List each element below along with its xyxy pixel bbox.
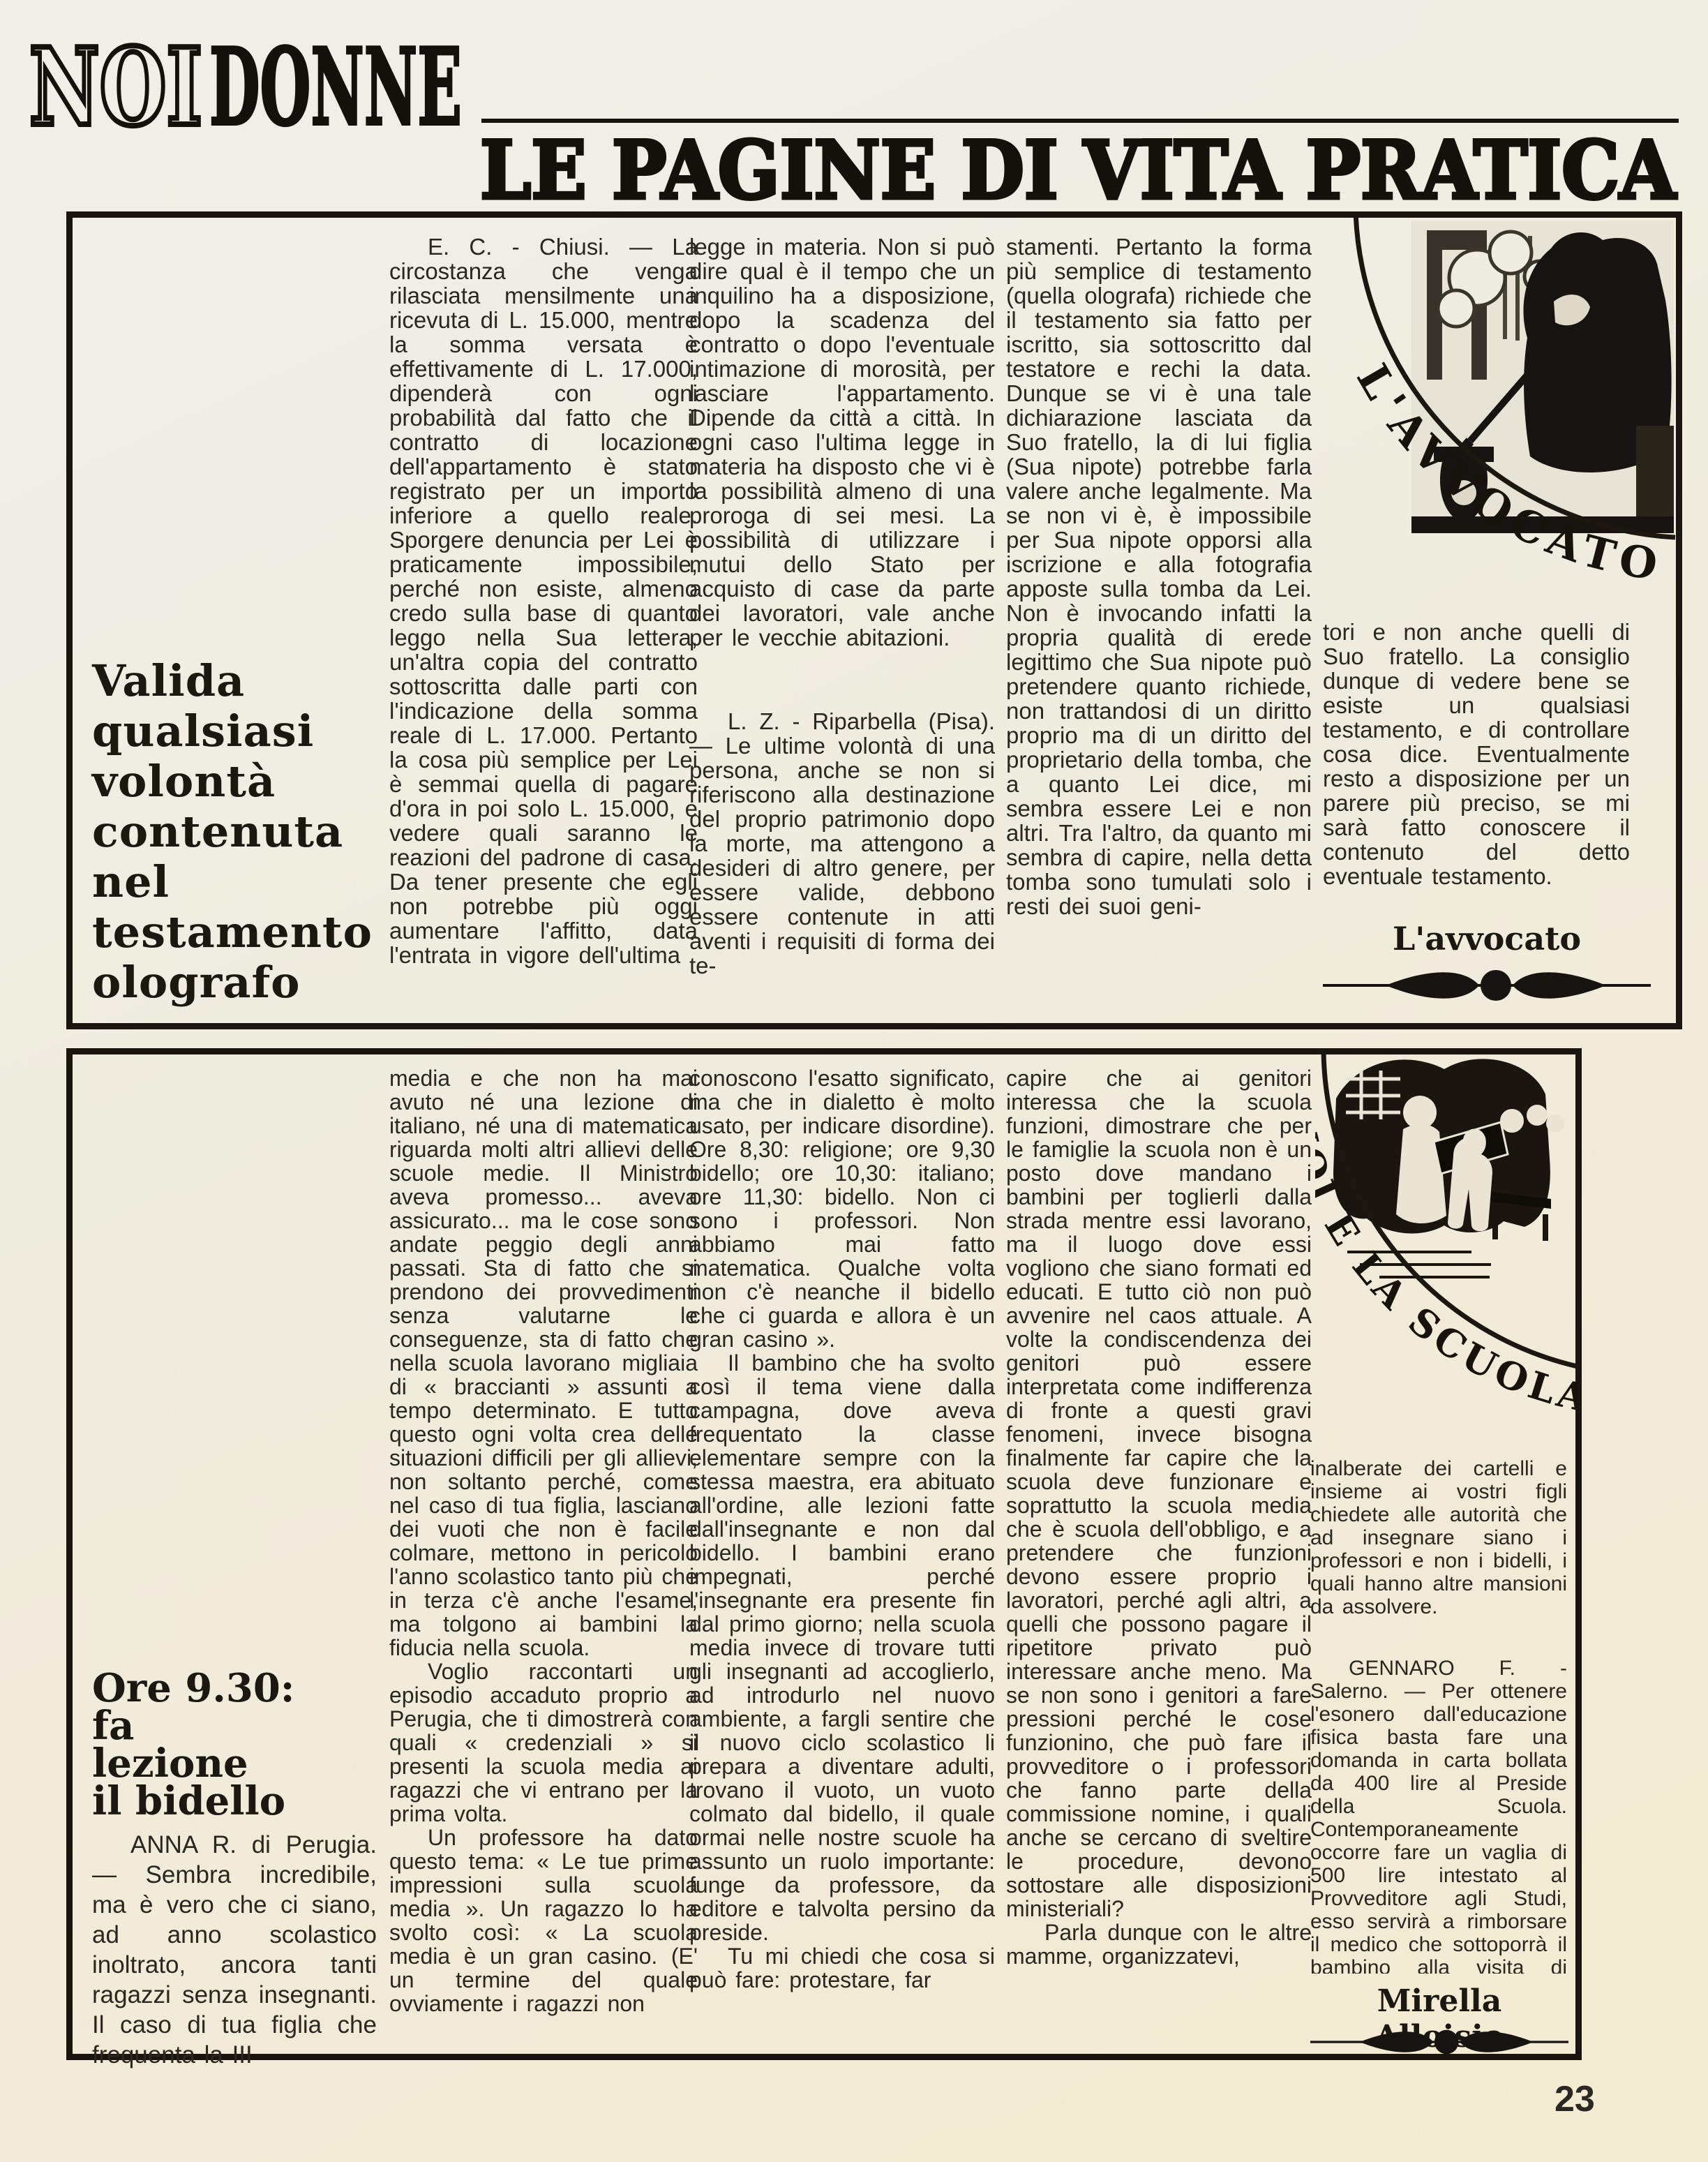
- letter-paragraph: Il bambino che ha svolto così il tema vi…: [689, 1351, 995, 1944]
- page-title: LE PAGINE DI VITA PRATICA: [479, 133, 1680, 211]
- letter-paragraph: E. C. - Chiusi. — La circostanza che ven…: [389, 234, 698, 967]
- avvocato-rubric: L'AVVOCATO: [1329, 216, 1678, 614]
- letter-paragraph: media e che non ha mai avuto né una lezi…: [389, 1066, 698, 1660]
- scuola-intro: ANNA R. di Perugia. — Sembra incredibile…: [92, 1830, 377, 2070]
- heading-line: qualsiasi: [92, 706, 371, 756]
- heading-line: il bidello: [92, 1782, 371, 1820]
- heading-line: lezione: [92, 1745, 371, 1782]
- heading-line: olografo: [92, 957, 371, 1008]
- letter-paragraph: L. Z. - Riparbella (Pisa). — Le ultime v…: [689, 709, 995, 978]
- heading-line: testamento: [92, 907, 371, 957]
- window-grid: [1346, 1071, 1400, 1119]
- avvocato-column-3: stamenti. Pertanto la forma più semplice…: [1006, 234, 1312, 1008]
- heading-line: volontà: [92, 756, 371, 807]
- letter-paragraph: Voglio raccontarti un episodio accaduto …: [389, 1660, 698, 1826]
- heading-line: nel: [92, 857, 371, 907]
- scuola-column-3: capire che ai genitori interessa che la …: [1006, 1066, 1312, 2038]
- scuola-column-2: conoscono l'esatto significato, ma che i…: [689, 1066, 995, 2038]
- letter-paragraph: legge in materia. Non si può dire qual è…: [689, 234, 995, 650]
- letter-paragraph: inalberate dei cartelli e insieme ai vos…: [1310, 1457, 1567, 1618]
- page-number: 23: [1555, 2078, 1595, 2120]
- logo-donne: DONNE: [209, 36, 462, 141]
- page-title-text: LE PAGINE DI VITA PRATICA: [480, 133, 1677, 211]
- letter-paragraph: tori e non anche quelli di Suo fratello.…: [1323, 620, 1630, 888]
- avvocato-column-1: E. C. - Chiusi. — La circostanza che ven…: [389, 234, 698, 1008]
- heading-line: fa: [92, 1707, 371, 1745]
- scuola-column-1: media e che non ha mai avuto né una lezi…: [389, 1066, 698, 2038]
- letter-paragraph: stamenti. Pertanto la forma più semplice…: [1006, 234, 1312, 918]
- avvocato-heading: Valida qualsiasi volontà contenuta nel t…: [92, 656, 371, 1008]
- letter-paragraph: Un professore ha dato questo tema: « Le …: [389, 1826, 698, 2015]
- heading-line: Ore 9.30:: [92, 1669, 371, 1707]
- avvocato-divider-ornament: [1323, 964, 1651, 1006]
- scuola-rubric: NOI E LA SCUOLA: [1315, 1054, 1579, 1445]
- logo-noi: NOI: [29, 36, 202, 141]
- scuola-column-4: inalberate dei cartelli e insieme ai vos…: [1310, 1457, 1567, 1974]
- noidonne-logo: NOI DONNE: [28, 36, 467, 141]
- letter-paragraph: Parla dunque con le altre mamme, organiz…: [1006, 1921, 1312, 1968]
- letter-paragraph: conoscono l'esatto significato, ma che i…: [689, 1066, 995, 1351]
- header-rule: [481, 119, 1679, 123]
- letter-paragraph: capire che ai genitori interessa che la …: [1006, 1066, 1312, 1921]
- avvocato-signature: L'avvocato: [1323, 920, 1651, 957]
- scuola-heading: Ore 9.30: fa lezione il bidello: [92, 1669, 371, 1820]
- scuola-divider-ornament: [1310, 2022, 1568, 2062]
- magazine-page: NOI DONNE LE PAGINE DI VITA PRATICA Vali…: [0, 0, 1708, 2162]
- heading-line: contenuta: [92, 807, 371, 857]
- heading-line: Valida: [92, 656, 371, 706]
- avvocato-column-2: legge in materia. Non si può dire qual è…: [689, 234, 995, 1008]
- letter-paragraph: GENNARO F. - Salerno. — Per ottenere l'e…: [1310, 1657, 1567, 1974]
- avvocato-column-4: tori e non anche quelli di Suo fratello.…: [1323, 620, 1630, 913]
- letter-paragraph: Tu mi chiedi che cosa si può fare: prote…: [689, 1944, 995, 1992]
